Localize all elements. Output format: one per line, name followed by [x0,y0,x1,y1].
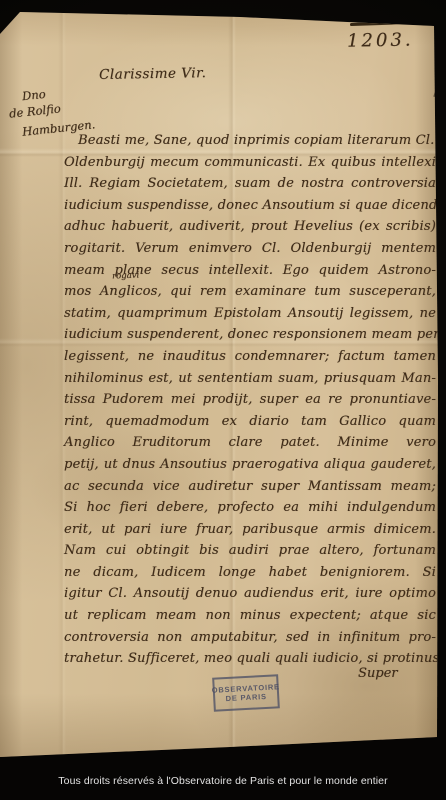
crossed-out-mark [350,21,412,26]
address-note-line-1: Dno [21,87,46,103]
body-line: rint, quemadmodum ex diario tam Gallico … [64,411,436,433]
body-line: Si hoc fieri debere, profecto ea mihi in… [64,497,436,519]
manuscript-page: 1203. Clarissime Vir. Dno de Rolfio Hamb… [0,0,446,762]
body-line: Anglico Eruditorum clare patet. Minime v… [64,432,436,454]
body-line: erit, ut pari iure fruar, paribusque arm… [64,519,436,541]
stamp-text-line-2: DE PARIS [225,692,267,703]
catchword: Super [358,666,398,681]
body-line: ac secunda vice audiretur super Mantissa… [64,476,436,498]
body-line: ne dicam, Iudicem longe habet benigniore… [64,562,436,584]
letter-body: Beasti me, Sane, quod inprimis copiam li… [64,130,436,670]
body-line: mos Anglicos, qui rem examinare tum susc… [64,281,436,303]
body-line: statim, quamprimum Epistolam Ansoutij le… [64,303,436,325]
body-line: Beasti me, Sane, quod inprimis copiam li… [64,130,436,152]
letter-salutation: Clarissime Vir. [99,65,207,83]
body-line: legissent, ne inauditus condemnarer; fac… [64,346,436,368]
interlinear-insertion: rogavi [112,271,140,282]
body-line: iudicium suspenderent, donec responsione… [64,324,436,346]
body-line: ut replicam meam non minus expectent; at… [64,605,436,627]
observatoire-de-paris-stamp: OBSERVATOIRE DE PARIS [212,674,280,711]
address-note-line-2: de Rolfio [8,101,61,120]
archive-photo-background: 1203. Clarissime Vir. Dno de Rolfio Hamb… [0,0,446,800]
folio-number: 1203. [347,29,414,51]
marginal-pen-mark [433,84,438,97]
body-line: nihilominus est, ut sententiam suam, pri… [64,368,436,390]
body-line: iudicium suspendisse, donec Ansoutium si… [64,195,436,217]
body-line: Nam cui obtingit bis audiri prae altero,… [64,540,436,562]
body-line: Ill. Regiam Societatem, suam de nostra c… [64,173,436,195]
copyright-notice: Tous droits réservés à l'Observatoire de… [0,775,446,787]
body-line: controversia non amputabitur, sed in inf… [64,627,436,649]
body-line: rogitarit. Verum enimvero Cl. Oldenburgi… [64,238,436,260]
body-line: igitur Cl. Ansoutij denuo audiendus erit… [64,583,436,605]
body-line: Oldenburgij mecum communicasti. Ex quibu… [64,152,436,174]
body-line: petij, ut dnus Ansoutius praerogativa al… [64,454,436,476]
body-line: adhuc habuerit, audiverit, prout Heveliu… [64,216,436,238]
body-line: tissa Pudorem mei prodijt, super ea re p… [64,389,436,411]
